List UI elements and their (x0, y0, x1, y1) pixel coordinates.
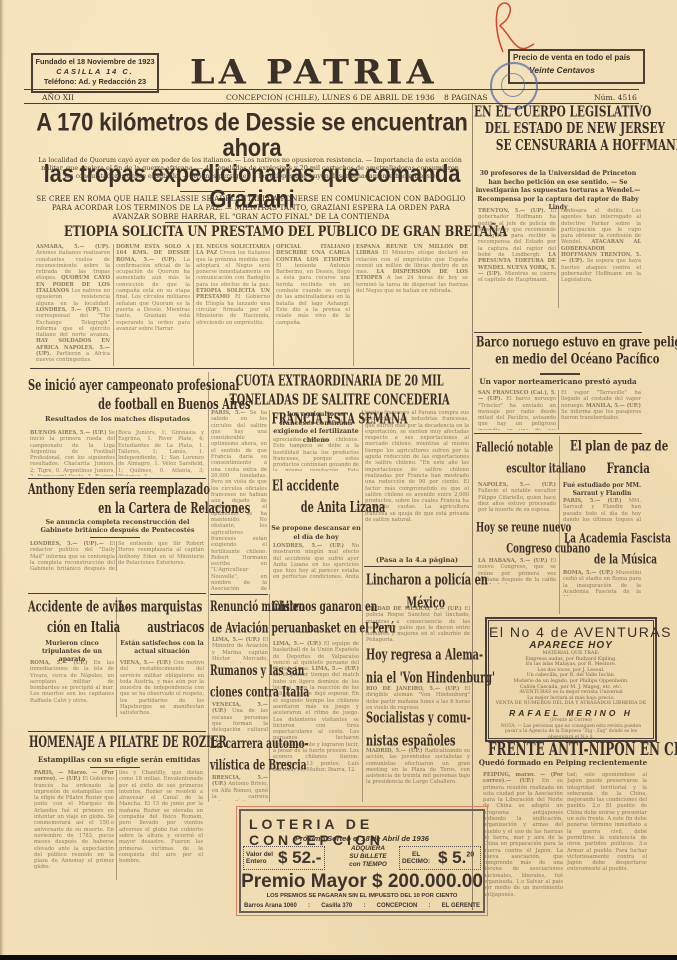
section-rule (474, 332, 642, 333)
divider (90, 537, 140, 538)
china-headline: FRENTE ANTI-NIPON EN CHINA (488, 738, 677, 760)
slogan-line: SU BILLETE (333, 853, 403, 861)
rozier-column-2: lles y Chantilly, que distan como 18 mil… (119, 770, 203, 880)
dateline: ASMARA, 5.— (UP). (36, 244, 110, 250)
plan-paz-headline: El plan de paz de Francia (570, 436, 668, 480)
masthead-rule (24, 89, 639, 90)
dateline: LONDRES, 5.— (UP). (36, 307, 101, 313)
socialistas-body: MADRID, 5.— (UP.) Radicalizando su acció… (366, 748, 470, 798)
salitre-column-3: tivales franceses al Paraná compra sus p… (365, 410, 469, 570)
headline-line: Francia (570, 458, 668, 480)
headline-line: austriacos (118, 618, 204, 639)
masthead-title: LA PATRIA (190, 53, 490, 92)
aviacion-italia-body: ROMA, 5.— (UP.) En las inmediaciones de … (30, 660, 114, 712)
headline-line: Chilenos ganaron en (272, 597, 396, 619)
lead-column-1: ASMARA, 5.— (UP). Aviones italianos real… (36, 244, 110, 366)
hindenburg-headline: Hoy regresa a Alema- nia el 'Von Hindenb… (366, 644, 495, 690)
contents-item: Misterio de un legado, por Phillips Oppe… (489, 679, 653, 685)
lead-column-5: ESPAÑA REUNE UN MILLON DE LIBRAS El Mini… (356, 244, 468, 366)
decimo-price-box: ELDECIMO: $ 5.20 (399, 846, 481, 870)
new-jersey-headline: EN EL CUERPO LEGISLATIVO DEL ESTADO DE N… (474, 104, 605, 154)
escultor-body: NAPOLES, 5.— (UP.) Falleció el notable e… (478, 482, 556, 512)
label-line: EL (402, 851, 430, 858)
dateline: PARIS, 5.— (211, 410, 246, 416)
loteria-title: LOTERIA DE CONCEPCION (249, 816, 483, 848)
marquistas-deck: Están satisfechos con la actual situació… (118, 640, 206, 656)
headline-line: Hoy regresa a Alema- (366, 644, 495, 667)
china-column-1: PEIPING, marzo. — (Por correo).— (UP.) E… (483, 772, 563, 907)
barco-deck: Un vapor norteamericano prestó ayuda (474, 377, 642, 386)
salitre-column-2: apreciadas por los chilenos. Esto tampoc… (273, 437, 359, 471)
separator: : (308, 903, 310, 909)
issue-number: Núm. 4516 (594, 93, 637, 102)
loteria-ad-inner: LOTERIA DE CONCEPCION Próximo Sorteo el … (239, 809, 485, 913)
headline-line: Barco noruego estuvo en grave peligro (476, 334, 677, 351)
section-rule (30, 368, 470, 369)
headline-line: en medio del Océano Pacífico (476, 351, 677, 368)
divider (180, 191, 245, 192)
dateline: PARIS, — Marzo. — (Por correo). — (UP.) (34, 770, 114, 782)
rozier-headline: HOMENAJE A PILATRE DE ROZIER (29, 733, 227, 751)
aventuras-seller: RAFAEL MERINO H (489, 708, 653, 718)
eden-column-1: LONDRES, 5.— (UP).— El redactor político… (30, 541, 115, 571)
dateline: LA HABANA, 5.— (UP.) (478, 558, 548, 564)
dateline: LIMA, 5.— (UP.) (273, 641, 321, 647)
loteria-note: LOS PREMIOS SE PAGARAN SIN EL IMPUESTO D… (241, 893, 483, 899)
new-jersey-story: EN EL CUERPO LEGISLATIVO DEL ESTADO DE N… (474, 104, 642, 149)
decimo-label: ELDECIMO: (402, 851, 430, 865)
label-line: Valor del (246, 851, 273, 858)
column-head: OFICIAL ITALIANO DESCRIBE UNA CARGA CONT… (276, 244, 350, 263)
year: AÑO XII (42, 93, 74, 102)
chilenos-body: LIMA, 5.— (UP.) El equipo de basketball … (273, 641, 359, 801)
aventuras-subtitle: APARECE HOY (489, 640, 653, 651)
column-rule (472, 104, 473, 910)
column-rule (269, 410, 270, 590)
po-box: CASILLA 14 C. (33, 67, 157, 77)
dateline: LONDRES, 5.— (UP.) (273, 543, 344, 549)
column-head: EL NEGUS SOLICITARIA LA PAZ (196, 244, 270, 256)
academia-headline: La Academia Fascista de la Música (564, 528, 671, 570)
entero-price: $ 52.- (278, 848, 321, 868)
china-column-2: tad; sólo oponiéndose al Japón puede pre… (567, 772, 647, 907)
aviacion-italia-headline: Accidente de avia- ción en Italia (28, 597, 129, 639)
headline-line: SE CENSURARIA A HOFFMANN (474, 138, 605, 155)
salitre-column-1: PARIS, 5.— Se ha sabido en los círculos … (211, 410, 267, 590)
signature: EL GERENTE (442, 903, 480, 909)
address: Barros Arana 1060 (244, 903, 297, 909)
dateline: MADRID, 5.— (UP.) (366, 748, 423, 754)
column-head: ESPAÑA REUNE UN MILLON DE LIBRAS (356, 244, 468, 256)
lead-deck: La localidad de Quorum cayó ayer en pode… (36, 156, 464, 180)
headline-line: basket en el Perú (272, 619, 396, 641)
founded-date: Fundado el 18 Noviembre de 1923 (33, 57, 157, 67)
new-jersey-deck: 30 profesores de la Universidad de Princ… (474, 170, 642, 213)
aventuras-contents: MATERIAL QUE TRAE: Empresa audaz, por Ru… (489, 651, 653, 707)
headline-line: Lincharon a policía en (366, 569, 488, 592)
city: CONCEPCION (377, 903, 418, 909)
match-result: Talleres, 1; Lanús, 1. (118, 449, 204, 455)
divider (540, 373, 580, 375)
headline-line: El plan de paz de (570, 436, 668, 458)
label-line: Entero (246, 858, 273, 865)
divider (165, 222, 340, 223)
lead-subhead: SE CREE EN ROMA QUE HAILE SELASSIE SE AD… (34, 195, 468, 222)
headline-line: DEL ESTADO DE NEW JERSEY (474, 121, 605, 138)
column-head: ETIOPIA SOLICITA UN PRESTAMO (196, 288, 270, 300)
football-column-2: Boca Juniors, 1; Gimnasia y Esgrima, 1. … (118, 430, 204, 476)
socialistas-headline: Socialistas y comu- nistas españoles (366, 707, 471, 753)
dateline: BUENOS AIRES, 5.— (UP.) (30, 430, 107, 436)
loteria-ad: LOTERIA DE CONCEPCION Próximo Sorteo el … (236, 806, 488, 916)
lead-column-3: EL NEGUS SOLICITARIA LA PAZ Creen los it… (196, 244, 270, 366)
salitre-continued: (Pasa a la 4.a página) (365, 556, 469, 565)
decimo-price: $ 5.20 (438, 848, 474, 868)
eden-column-2: Se entiende que Sir Robert Horne reempla… (118, 541, 204, 571)
section-rule (28, 731, 206, 732)
rumanos-body: VENECIA, 5.— (UP.) Una de las escasas pe… (212, 702, 268, 732)
headline-line: Socialistas y comu- (366, 707, 471, 730)
headline-line: Los marquistas (118, 597, 204, 618)
slogan-line: ADQUIERA (333, 845, 403, 853)
section-rule (28, 478, 206, 479)
barco-headline: Barco noruego estuvo en grave peligro en… (476, 334, 677, 368)
label-line: DECIMO: (402, 858, 430, 865)
column-rule (273, 244, 274, 366)
dateline: VENECIA, 5.— (UP.) (212, 702, 268, 714)
column-head: LA DISPERSION DE LOS ETIOPES (356, 269, 468, 281)
dateline: ROMA, 5.— (UP.) (30, 660, 88, 666)
aventuras-title: El No 4 de AVENTURAS (489, 624, 653, 640)
academia-body: ROMA, 5.— (UP.) Mussolini cedió el stadi… (563, 570, 641, 596)
column-rule (116, 597, 117, 717)
marquistas-headline: Los marquistas austriacos (118, 597, 204, 639)
phone: Teléfono: Ad. y Redacción 23 (33, 77, 157, 87)
separator: : (429, 903, 431, 909)
loteria-next-draw: Próximo Sorteo el 18 de Abril de 1936 (241, 834, 483, 843)
lead-column-4: OFICIAL ITALIANO DESCRIBE UNA CARGA CONT… (276, 244, 350, 366)
plan-paz-deck: Fué estudiado por MM. Sarraut y Flandin (562, 482, 642, 497)
column-head: QUORUM CAYO EN PODER DE LOS ITALIANOS (36, 275, 110, 294)
anita-deck: Se propone descansar en el día de hoy (271, 524, 361, 541)
dateline: ROMA, 5.— (UP). (116, 257, 176, 263)
new-jersey-column-1: TRENTON, 5.— (UP). El gobernador Hoffman… (478, 208, 556, 308)
china-point: 3.o Armar al pueblo. (567, 841, 647, 853)
headline-line: Accidente de avia- (28, 597, 129, 618)
china-point: 2.o El pueblo de China debe unirse y pre… (567, 803, 647, 822)
ministro-body: LIMA, 5.— (UP.) El Ministro de Aviación … (212, 637, 268, 663)
lead-column-2: DORUM ESTA SOLO A 164 KMS. DE DESSIE ROM… (116, 244, 190, 366)
china-deck: Quedó formado en Peiping recientemente (474, 758, 652, 767)
headline-line: La Academia Fascista (564, 528, 671, 549)
football-deck: Resultados de los matches disputados (30, 415, 205, 424)
column-rule (353, 244, 354, 366)
sales-info: VENTA DE NUMEROS DEL DIA Y ATRASADOS LIB… (489, 701, 653, 707)
entero-price-box: Valor delEntero $ 52.- (243, 846, 325, 870)
dateline: RIO DE JANEIRO, 5.— (UP.) (366, 686, 459, 692)
loteria-footer: Barros Arana 1060 : Casilla 370 : CONCEP… (244, 903, 480, 909)
decimo-amount: $ 5. (438, 848, 466, 867)
dateline: BRESCIA, 5.— (UP.) (212, 775, 268, 787)
lead-headline-line1: A 170 kilómetros de Dessie se encuentran… (30, 109, 474, 161)
column-rule (269, 594, 270, 802)
anita-body: LONDRES, 5.— (UP.) No mostraron ningún m… (273, 543, 359, 581)
column-rule (558, 390, 559, 430)
lead-banner: ETIOPIA SOLICITA UN PRESTAMO DEL PUBLICO… (64, 224, 507, 241)
dateline: LIMA, 5.— (UP.) (212, 637, 260, 643)
loteria-prize: Premio Mayor $ 200.000.00 (241, 871, 483, 893)
aventuras-ad-inner: El No 4 de AVENTURAS APARECE HOY MATERIA… (488, 620, 654, 739)
column-rule (113, 244, 114, 366)
barco-column-1: SAN FRANCISCO (Cal.), 5.— (UP). El barco… (478, 390, 556, 430)
dateline: LIMA, 5.— (UP.) (312, 666, 359, 672)
section-rule (474, 433, 642, 434)
eden-deck: Se anuncia completa reconstrucción del G… (30, 518, 205, 534)
column-rule (193, 244, 194, 366)
section-rule (364, 566, 472, 567)
column-head: DORUM ESTA SOLO A 164 KMS. DE DESSIE (116, 244, 190, 256)
dateline: LONDRES, 5.— (UP).— (30, 541, 104, 547)
china-point: 1.o Salvar al país por medio de un movim… (483, 879, 563, 898)
new-jersey-column-2: confesara el delito. Los agentes han int… (561, 208, 641, 308)
barco-column-2: El vapor "Tarraville" ha llegado al cost… (561, 390, 641, 430)
section-rule (210, 594, 268, 595)
dateline: TRENTON, 5.— (UP). (478, 208, 546, 214)
football-column-1: BUENOS AIRES, 5.— (UP.) Se inició la pri… (30, 430, 115, 476)
column-rule (558, 208, 559, 308)
scan-edge (0, 0, 4, 955)
founded-info-box: Fundado el 18 Noviembre de 1923 CASILLA … (31, 53, 159, 93)
chilenos-headline: Chilenos ganaron en basket en el Perú (272, 597, 396, 640)
dateline: NAPOLES, 5.— (UP.) (478, 482, 556, 488)
section-rule (28, 593, 206, 594)
congreso-body: LA HABANA, 5.— (UP.) El nuevo Congreso, … (478, 558, 556, 584)
page-count: 8 PAGINAS (444, 93, 488, 102)
po-box: Casilla 370 (321, 903, 352, 909)
rozier-deck: Estampillas con su efigie serán emitidas (30, 755, 208, 764)
column-rule (208, 372, 209, 802)
newspaper-page: Fundado el 18 Noviembre de 1923 CASILLA … (0, 0, 677, 955)
dateline: PARIS, 5.— (UP.) (563, 498, 622, 504)
marquistas-body: VIENA, 5.— (UP.) Con motivo del restable… (120, 660, 204, 718)
brescia-body: BRESCIA, 5.— (UP.) Antonio Brivio, en Al… (212, 775, 268, 801)
headline-line: EN EL CUERPO LEGISLATIVO (474, 104, 605, 121)
separator: : (363, 903, 365, 909)
slogan-line: con TIEMPO (333, 861, 403, 869)
rozier-column-1: PARIS, — Marzo. — (Por correo). — (UP.) … (34, 770, 114, 880)
entero-label: Valor delEntero (246, 851, 273, 865)
divider (90, 767, 140, 768)
column-rule (116, 770, 117, 880)
dateline: PEIPING, marzo. — (Por correo).— (UP.) (483, 772, 563, 784)
column-rule (116, 541, 117, 571)
headline-line: ción en Italia (28, 618, 129, 639)
price-label: Precio de venta en todo el país (513, 52, 643, 64)
loteria-slogan: ADQUIERASU BILLETEcon TIEMPO (333, 845, 403, 869)
aventuras-ad: El No 4 de AVENTURAS APARECE HOY MATERIA… (485, 617, 657, 742)
dateline: VIENA, 5.— (UP.) (120, 660, 171, 666)
dateline: ROMA, 5.— (UP.) (563, 570, 613, 576)
decimo-cents: 20 (466, 851, 474, 858)
dateline: SAN FRANCISCO (Cal.), 5.— (UP). (478, 390, 556, 402)
column-rule (116, 430, 117, 476)
place-date: CONCEPCION (CHILE), LUNES 6 DE ABRIL DE … (226, 93, 435, 102)
dateline: MANILA, 5.— (UP.) (586, 403, 641, 409)
headline-line: de la Música (564, 549, 671, 570)
